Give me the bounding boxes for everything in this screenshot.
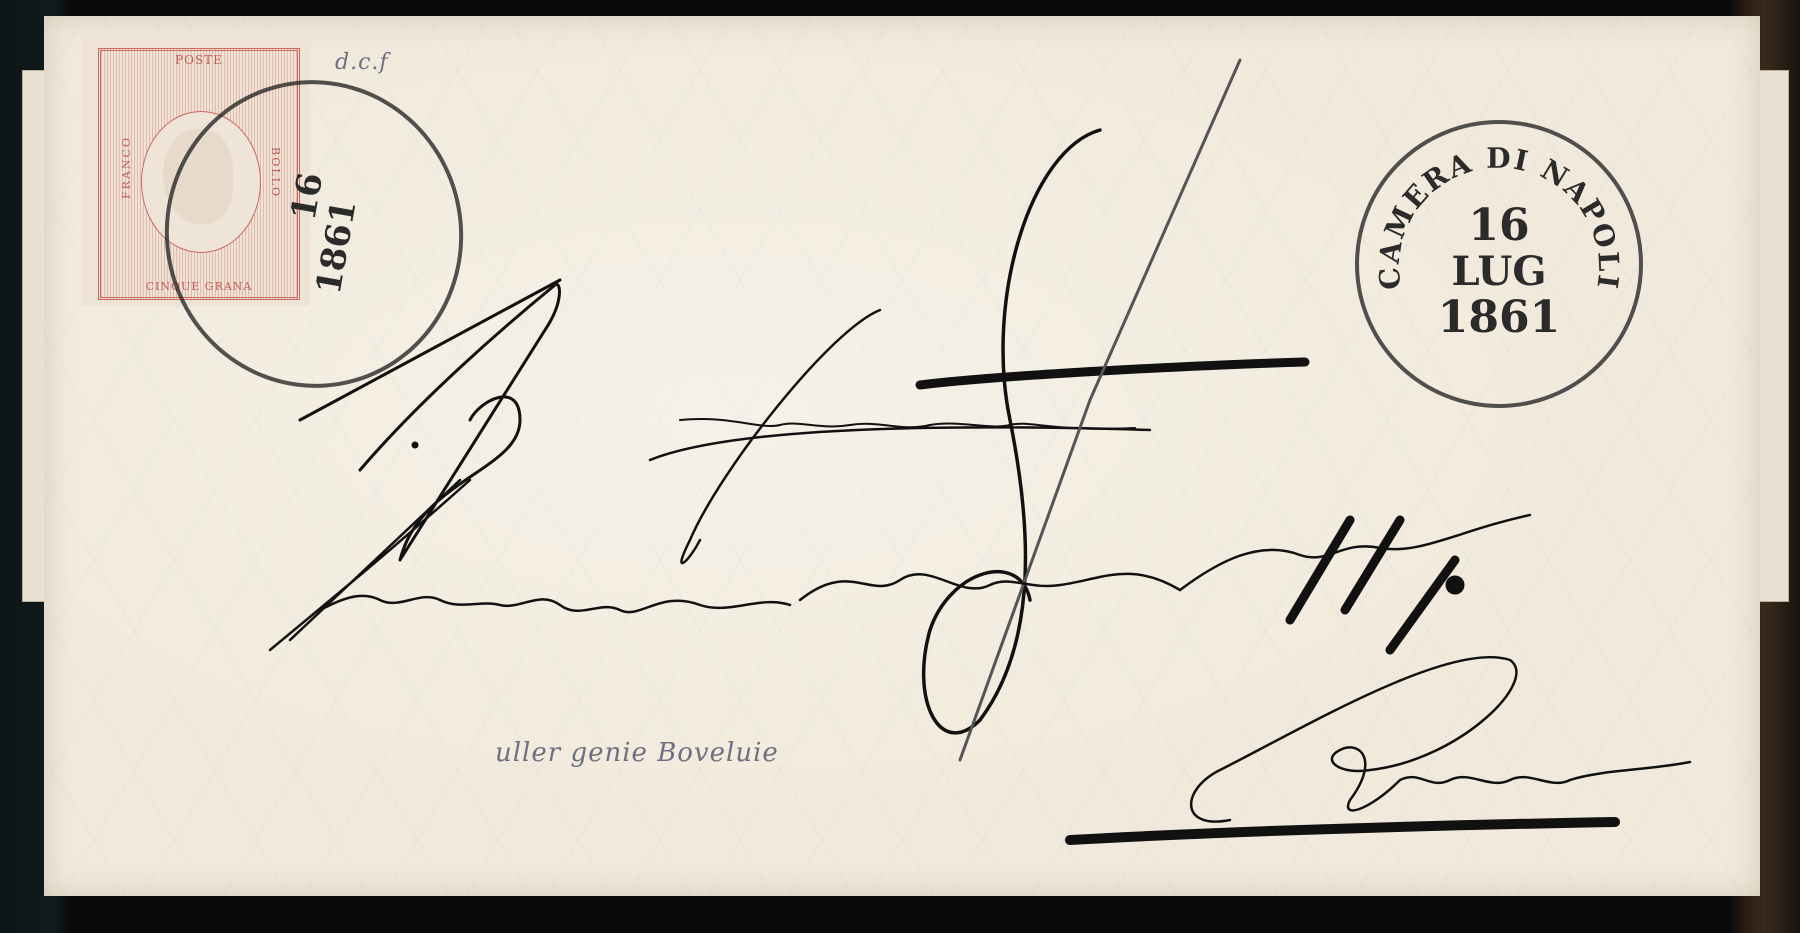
pencil-corner-note: d.c.f (335, 50, 389, 75)
handwriting-layer (0, 0, 1800, 933)
pencil-annotation: uller genie Boveluie (495, 738, 779, 768)
